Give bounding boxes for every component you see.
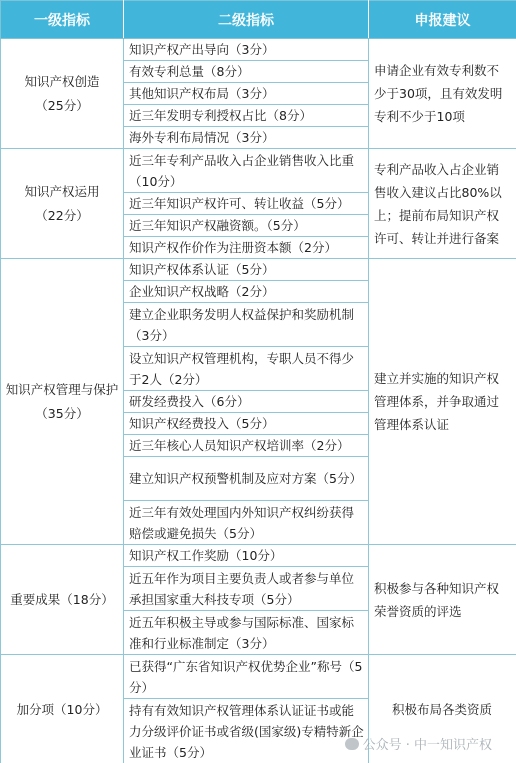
level2-item: 近三年有效处理国内外知识产权纠纷获得赔偿或避免损失（5分） bbox=[124, 501, 369, 545]
level2-item: 企业知识产权战略（2分） bbox=[124, 281, 369, 303]
wechat-icon bbox=[345, 738, 359, 750]
table-row: 知识产权管理与保护 （35分） 知识产权体系认证（5分） 建立并实施的知识产权管… bbox=[1, 259, 516, 281]
header-suggestion: 申报建议 bbox=[369, 1, 516, 39]
level2-item: 知识产权经费投入（5分） bbox=[124, 413, 369, 435]
suggestion-cell: 积极参与各种知识产权荣誉资质的评选 bbox=[369, 545, 516, 655]
level2-item: 知识产权作价作为注册资本额（2分） bbox=[124, 237, 369, 259]
level2-item: 近三年发明专利授权占比（8分） bbox=[124, 105, 369, 127]
ip-index-table: 一级指标 二级指标 申报建议 知识产权创造 （25分） 知识产权产出导向（3分）… bbox=[0, 0, 516, 763]
level2-item: 海外专利布局情况（3分） bbox=[124, 127, 369, 149]
suggestion-cell: 建立并实施的知识产权管理体系，并争取通过管理体系认证 bbox=[369, 259, 516, 545]
level2-item: 近三年核心人员知识产权培训率（2分） bbox=[124, 435, 369, 457]
header-level2: 二级指标 bbox=[124, 1, 369, 39]
level1-label: 知识产权运用 bbox=[5, 180, 119, 204]
level2-item: 持有有效知识产权管理体系认证证书或能力分级评价证书或省级(国家级)专精特新企业证… bbox=[124, 699, 369, 763]
level1-cell: 重要成果（18分） bbox=[1, 545, 124, 655]
level2-item: 已获得“广东省知识产权优势企业”称号（5分） bbox=[124, 655, 369, 699]
level2-item: 近五年作为项目主要负责人或者参与单位承担国家重大科技专项（5分） bbox=[124, 567, 369, 611]
level2-item: 近三年专利产品收入占企业销售收入比重（10分） bbox=[124, 149, 369, 193]
level1-cell: 知识产权运用 （22分） bbox=[1, 149, 124, 259]
level2-item: 知识产权产出导向（3分） bbox=[124, 39, 369, 61]
level2-item: 有效专利总量（8分） bbox=[124, 61, 369, 83]
level1-score: （35分） bbox=[5, 402, 119, 426]
level1-cell: 知识产权创造 （25分） bbox=[1, 39, 124, 149]
header-level1: 一级指标 bbox=[1, 1, 124, 39]
level1-label: 知识产权管理与保护 bbox=[5, 378, 119, 402]
level2-item: 研发经费投入（6分） bbox=[124, 391, 369, 413]
level1-label: 知识产权创造 bbox=[5, 70, 119, 94]
suggestion-cell: 专利产品收入占企业销售收入建议占比80%以上；提前布局知识产权许可、转让并进行备… bbox=[369, 149, 516, 259]
header-row: 一级指标 二级指标 申报建议 bbox=[1, 1, 516, 39]
table-row: 重要成果（18分） 知识产权工作奖励（10分） 积极参与各种知识产权荣誉资质的评… bbox=[1, 545, 516, 567]
level2-item: 知识产权体系认证（5分） bbox=[124, 259, 369, 281]
level2-item: 近五年积极主导或参与国际标准、国家标准和行业标准制定（3分） bbox=[124, 611, 369, 655]
table-row: 知识产权创造 （25分） 知识产权产出导向（3分） 申请企业有效专利数不少于30… bbox=[1, 39, 516, 61]
level2-item: 近三年知识产权融资额。（5分） bbox=[124, 215, 369, 237]
watermark-text: 公众号 · 中一知识产权 bbox=[363, 734, 492, 753]
table-row: 加分项（10分） 已获得“广东省知识产权优势企业”称号（5分） 积极布局各类资质 bbox=[1, 655, 516, 699]
level1-cell: 加分项（10分） bbox=[1, 655, 124, 763]
level2-item: 设立知识产权管理机构，专职人员不得少于2人（2分） bbox=[124, 347, 369, 391]
level1-score: （22分） bbox=[5, 204, 119, 228]
level1-score: （25分） bbox=[5, 94, 119, 118]
level2-item: 近三年知识产权许可、转让收益（5分） bbox=[124, 193, 369, 215]
suggestion-cell: 申请企业有效专利数不少于30项，且有效发明专利不少于10项 bbox=[369, 39, 516, 149]
level2-item: 其他知识产权布局（3分） bbox=[124, 83, 369, 105]
level1-cell: 知识产权管理与保护 （35分） bbox=[1, 259, 124, 545]
table-row: 知识产权运用 （22分） 近三年专利产品收入占企业销售收入比重（10分） 专利产… bbox=[1, 149, 516, 193]
level2-item: 建立知识产权预警机制及应对方案（5分） bbox=[124, 457, 369, 501]
level2-item: 知识产权工作奖励（10分） bbox=[124, 545, 369, 567]
watermark: 公众号 · 中一知识产权 bbox=[345, 734, 492, 753]
level2-item: 建立企业职务发明人权益保护和奖励机制（3分） bbox=[124, 303, 369, 347]
